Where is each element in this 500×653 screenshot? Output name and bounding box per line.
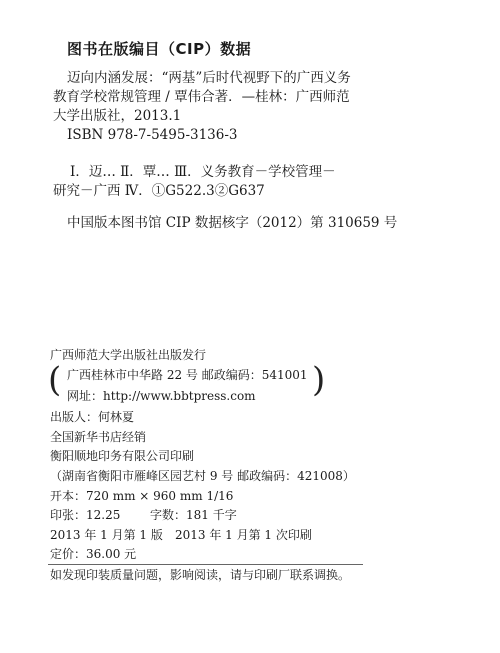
edition: 2013 年 1 月第 1 版 xyxy=(50,527,163,543)
cip-description-line-2: 教育学校常规管理 / 覃伟合著．—桂林：广西师范 xyxy=(53,89,350,106)
publisher-website: 网址：http://www.bbtpress.com xyxy=(67,388,256,404)
printer-name: 衡阳顺地印务有限公司印刷 xyxy=(50,448,194,464)
publisher-person: 出版人：何林夏 xyxy=(50,409,134,425)
cip-heading: 图书在版编目（CIP）数据 xyxy=(67,38,251,59)
cip-description-line-3: 大学出版社，2013.1 xyxy=(53,108,181,125)
divider xyxy=(48,564,363,565)
bracket-open: ( xyxy=(48,363,61,397)
quality-notice: 如发现印装质量问题，影响阅读，请与印刷厂联系调换。 xyxy=(50,567,350,583)
cip-subject-line-1: Ⅰ．迈… Ⅱ．覃… Ⅲ．义务教育－学校管理－ xyxy=(70,164,336,181)
cip-core-record: 中国版本图书馆 CIP 数据核字（2012）第 310659 号 xyxy=(67,215,397,232)
cip-description-line-1: 迈向内涵发展：“两基”后时代视野下的广西义务 xyxy=(67,70,351,87)
printed-sheets: 印张：12.25 xyxy=(50,507,120,523)
word-count: 字数：181 千字 xyxy=(150,507,237,523)
isbn: ISBN 978-7-5495-3136-3 xyxy=(67,127,238,144)
printer-address: （湖南省衡阳市雁峰区园艺村 9 号 邮政编码：421008） xyxy=(50,468,355,484)
printing: 2013 年 1 月第 1 次印刷 xyxy=(175,527,312,543)
cip-subject-line-2: 研究－广西 Ⅳ．①G522.3②G637 xyxy=(53,183,265,200)
publisher-name: 广西师范大学出版社出版发行 xyxy=(50,347,206,363)
book-format: 开本：720 mm × 960 mm 1/16 xyxy=(50,488,233,504)
publisher-address: 广西桂林市中华路 22 号 邮政编码：541001 xyxy=(67,367,308,383)
price: 定价：36.00 元 xyxy=(50,546,136,562)
bracket-close: ) xyxy=(312,363,325,397)
distributor: 全国新华书店经销 xyxy=(50,429,146,445)
